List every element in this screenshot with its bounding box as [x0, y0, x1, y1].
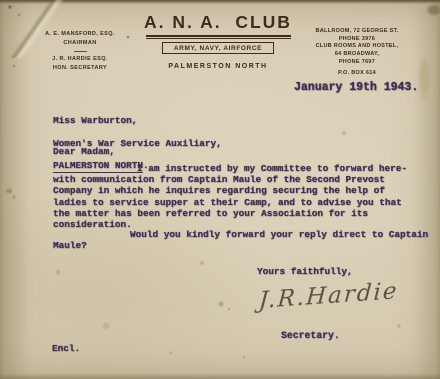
- body-paragraph-1: I am instructed by my Committee to forwa…: [53, 163, 435, 230]
- title-rule-thin: [146, 38, 291, 39]
- club-subtitle: ARMY, NAVY, AIRFORCE: [162, 42, 274, 54]
- scanned-letter-page: A. E. MANSFORD, ESQ. CHAIRMAN J. R. HARD…: [0, 0, 440, 379]
- signature-handwriting: J.R.Hardie: [258, 278, 399, 314]
- chairman-name: A. E. MANSFORD, ESQ.: [28, 31, 132, 38]
- contact-block: BALLROOM, 72 GEORGE ST. PHONE 3976 CLUB …: [313, 28, 401, 77]
- contact-broadway: 64 BROADWAY,: [313, 51, 401, 59]
- contact-pobox: P.O. BOX 614: [313, 70, 401, 78]
- signature-role: Secretary.: [281, 330, 340, 341]
- officers-divider: [74, 51, 87, 52]
- enclosure-note: Encl.: [52, 343, 80, 354]
- club-location: PALMERSTON NORTH: [140, 63, 296, 70]
- contact-phone-1: PHONE 3976: [313, 36, 401, 44]
- chairman-role: CHAIRMAN: [28, 40, 132, 47]
- title-rule-thick: [146, 35, 291, 37]
- recipient-name: Miss Warburton,: [53, 115, 222, 126]
- contact-clubrooms: CLUB ROOMS AND HOSTEL,: [313, 43, 401, 51]
- salutation: Dear Madam,: [53, 146, 115, 157]
- contact-phone-2: PHONE 7697: [313, 59, 401, 67]
- secretary-name: J. R. HARDIE ESQ.: [28, 56, 132, 63]
- contact-ballroom: BALLROOM, 72 GEORGE ST.: [313, 28, 401, 36]
- closing-line: Yours faithfully,: [257, 266, 353, 277]
- club-title: A. N. A. CLUB: [140, 12, 296, 33]
- officers-block: A. E. MANSFORD, ESQ. CHAIRMAN J. R. HARD…: [28, 31, 132, 72]
- masthead: A. N. A. CLUB ARMY, NAVY, AIRFORCE PALME…: [140, 12, 296, 70]
- secretary-role: HON. SECRETARY: [28, 65, 132, 72]
- body-paragraph-2: Would you kindly forward your reply dire…: [53, 229, 435, 251]
- letter-date: January 19th 1943.: [294, 82, 418, 93]
